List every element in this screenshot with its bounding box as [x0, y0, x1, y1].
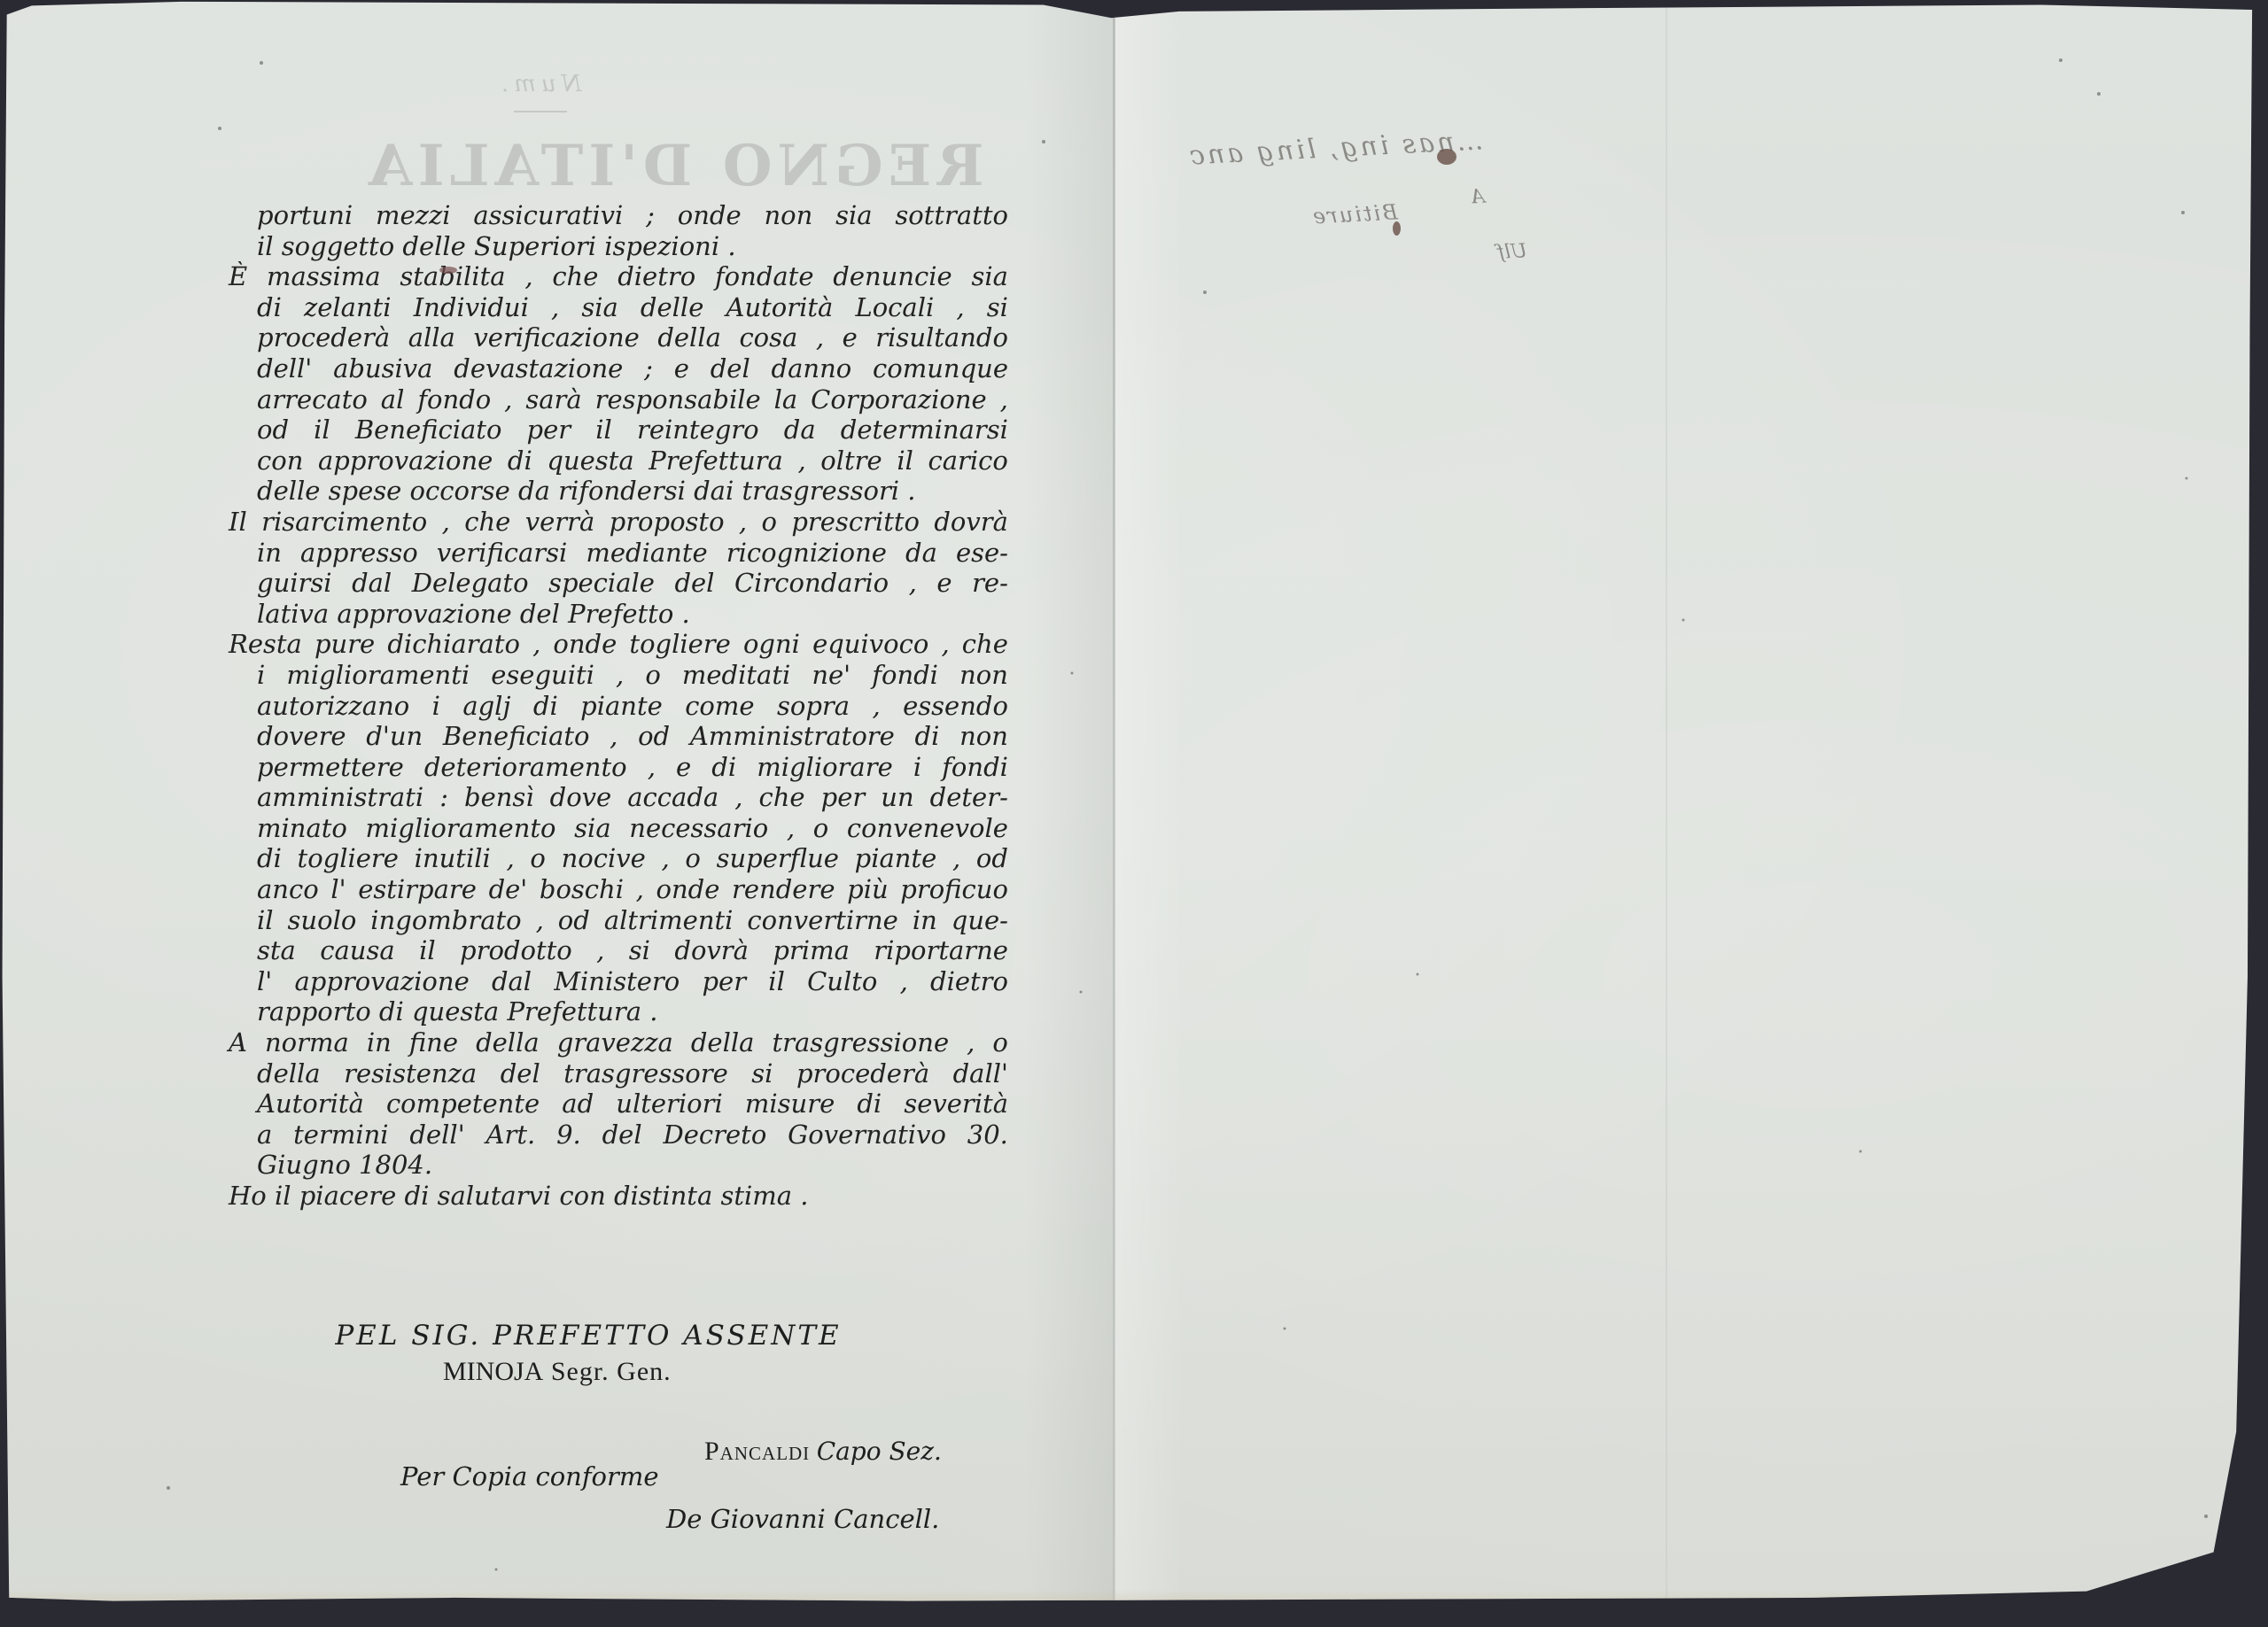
letter-body: portunimezziassicurativi;ondenonsiasottr…: [229, 200, 1008, 1212]
text-line: Autoritàcompetenteadulteriorimisuredisev…: [229, 1089, 1008, 1120]
text-line: aterminidell'Art.9.delDecretoGovernativo…: [229, 1120, 1008, 1151]
text-line: portunimezziassicurativi;ondenonsiasottr…: [229, 200, 1008, 231]
signature-cancelliere: De Giovanni Cancell.: [666, 1504, 939, 1534]
text-line: l'approvazionedalMinisteroperilCulto,die…: [229, 966, 1008, 997]
text-line: procederàallaverificazionedellacosa,eris…: [229, 322, 1008, 353]
text-line: arrecatoalfondo,saràresponsabilelaCorpor…: [229, 384, 1008, 415]
document-sheet: Num. REGNO D'ITALIA portunimezziassicura…: [0, 0, 2268, 1627]
text-line: inappressoverificarsimediantericognizion…: [229, 538, 1008, 569]
text-line: dovered'unBeneficiato,odAmministratoredi…: [229, 721, 1008, 752]
edge-stain: [0, 1590, 2268, 1609]
text-line: amministrati:bensìdoveaccada,cheperundet…: [229, 782, 1008, 813]
text-line: Giugno 1804.: [229, 1150, 1008, 1181]
text-line: lativa approvazione del Prefetto .: [229, 599, 1008, 630]
bleed-through-rule: [514, 111, 567, 112]
text-line: Ilrisarcimento,cheverràproposto,oprescri…: [229, 507, 1008, 538]
text-line: dell'abusivadevastazione;edeldannocomunq…: [229, 353, 1008, 384]
text-line: ancol'estirparede'boschi,onderenderepiùp…: [229, 874, 1008, 905]
right-page: [1115, 0, 2268, 1627]
text-line: Anormainfinedellagravezzadellatrasgressi…: [229, 1027, 1008, 1058]
text-line: ditogliereinutili,onocive,osuperfluepian…: [229, 843, 1008, 874]
text-line: minatomiglioramentosianecessario,oconven…: [229, 813, 1008, 844]
bleed-through-mark: Num.: [496, 71, 581, 97]
text-line: odilBeneficiatoperilreintegrodadetermina…: [229, 414, 1008, 445]
signature-prefetto: PEL SIG. PREFETTO ASSENTE: [314, 1320, 863, 1352]
text-line: delle spese occorse da rifondersi dai tr…: [229, 476, 1008, 507]
signatory-name: MINOJA: [443, 1357, 543, 1386]
ink-blot-icon: [1393, 221, 1401, 236]
signature-pancaldi: Pancaldi Capo Sez.: [704, 1437, 942, 1467]
pancaldi-title: Capo Sez.: [817, 1437, 942, 1466]
handwritten-note-line2: Bitiure: [1310, 199, 1398, 229]
ink-blot-icon: [1437, 149, 1456, 165]
text-line: Ho il piacere di salutarvi con distinta …: [229, 1181, 1008, 1212]
text-line: il soggetto delle Superiori ispezioni .: [229, 231, 1008, 262]
pancaldi-name: Pancaldi: [704, 1437, 810, 1466]
text-line: guirsidalDelegatospecialedelCircondario,…: [229, 568, 1008, 599]
text-line: dellaresistenzadeltrasgressoresiproceder…: [229, 1058, 1008, 1089]
signatory-title: Segr. Gen.: [551, 1357, 672, 1386]
handwritten-note-mark2: Ulf: [1496, 240, 1527, 264]
text-line: Restapuredichiarato,ondetogliereogniequi…: [229, 629, 1008, 660]
text-line: imiglioramentieseguiti,omeditatine'fondi…: [229, 660, 1008, 691]
text-line: conapprovazionediquestaPrefettura,oltrei…: [229, 445, 1008, 476]
handwritten-note-mark: A: [1470, 186, 1485, 209]
text-line: rapporto di questa Prefettura .: [229, 996, 1008, 1027]
signature-minoja: MINOJA Segr. Gen.: [443, 1357, 672, 1387]
text-line: ilsuoloingombrato,odaltrimenticonvertirn…: [229, 905, 1008, 936]
bleed-through-title: REGNO D'ITALIA: [363, 133, 984, 199]
text-line: dizelantiIndividui,siadelleAutoritàLocal…: [229, 292, 1008, 323]
ink-blot-icon: [439, 267, 457, 274]
text-line: stacausailprodotto,sidovràprimariportarn…: [229, 935, 1008, 966]
text-line: permetteredeterioramento,edimigliorareif…: [229, 752, 1008, 783]
paper-crease: [1666, 0, 1667, 1627]
copy-conformity-note: Per Copia conforme: [400, 1461, 659, 1491]
text-line: Èmassimastabilita,chedietrofondatedenunc…: [229, 261, 1008, 292]
text-line: autorizzanoiagljdipiantecomesopra,essend…: [229, 691, 1008, 722]
center-fold: [1113, 0, 1115, 1627]
